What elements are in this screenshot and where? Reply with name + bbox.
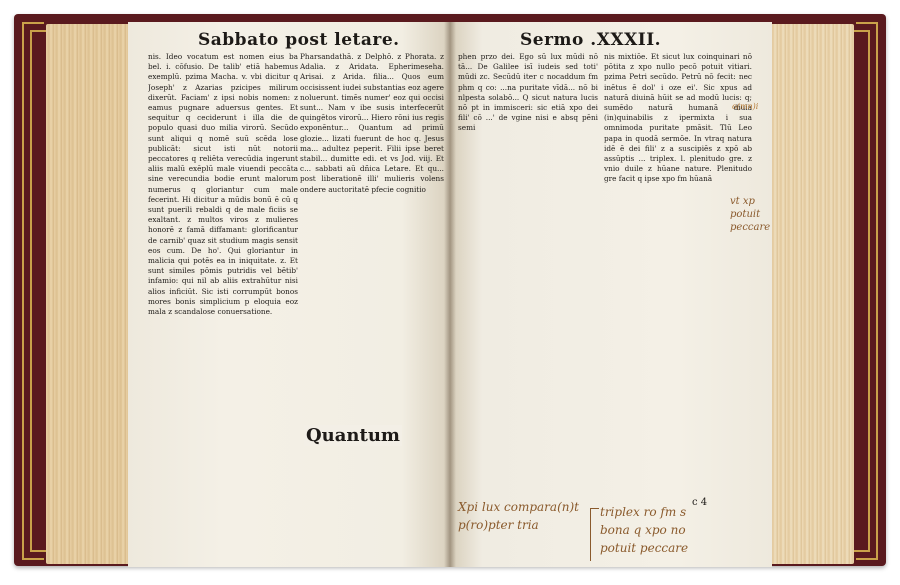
initial-word-quantum: Quantum [304,425,402,446]
note-line: vt xp [730,195,770,208]
right-page-column-1: phen przo dei. Ego sū lux mūdi nō tā... … [458,52,598,478]
note-line: potuit peccare [600,539,688,557]
left-running-head: Sabbato post letare. [198,30,400,50]
left-page-column-2: Pharsandathā. z Delphō. z Phorata. z Ada… [300,52,444,478]
signature-mark: c 4 [692,497,707,508]
page-edges-left [46,24,132,564]
gilt-border-right-inner [854,30,870,552]
note-line: potuit [730,208,770,221]
note-line: p(ro)pter tria [458,516,579,534]
note-line: bona q xpo no [600,521,688,539]
manuscript-bracket [590,508,599,561]
note-line: Xpi lux compara(n)t [458,498,579,516]
left-page-column-1: nis. Ideo vocatum est nomen eius ba bel.… [148,52,298,478]
note-line: peccare [730,221,770,234]
right-running-head: Sermo .XXXII. [520,30,661,50]
right-page-column-2: nis mixtiōe. Et sicut lux coinquinari nō… [604,52,752,478]
note-line: triplex ro fm s [600,503,688,521]
gilt-border-left-inner [30,30,46,552]
manuscript-note-right-margin: vt xp potuit peccare [730,195,770,234]
page-edges-right [770,24,854,564]
manuscript-note-bottom-left: Xpi lux compara(n)t p(ro)pter tria [458,498,579,534]
manuscript-note-small: o(mn)i [732,98,758,116]
book-gutter [444,22,456,567]
manuscript-note-bottom-right: triplex ro fm s bona q xpo no potuit pec… [600,503,688,557]
